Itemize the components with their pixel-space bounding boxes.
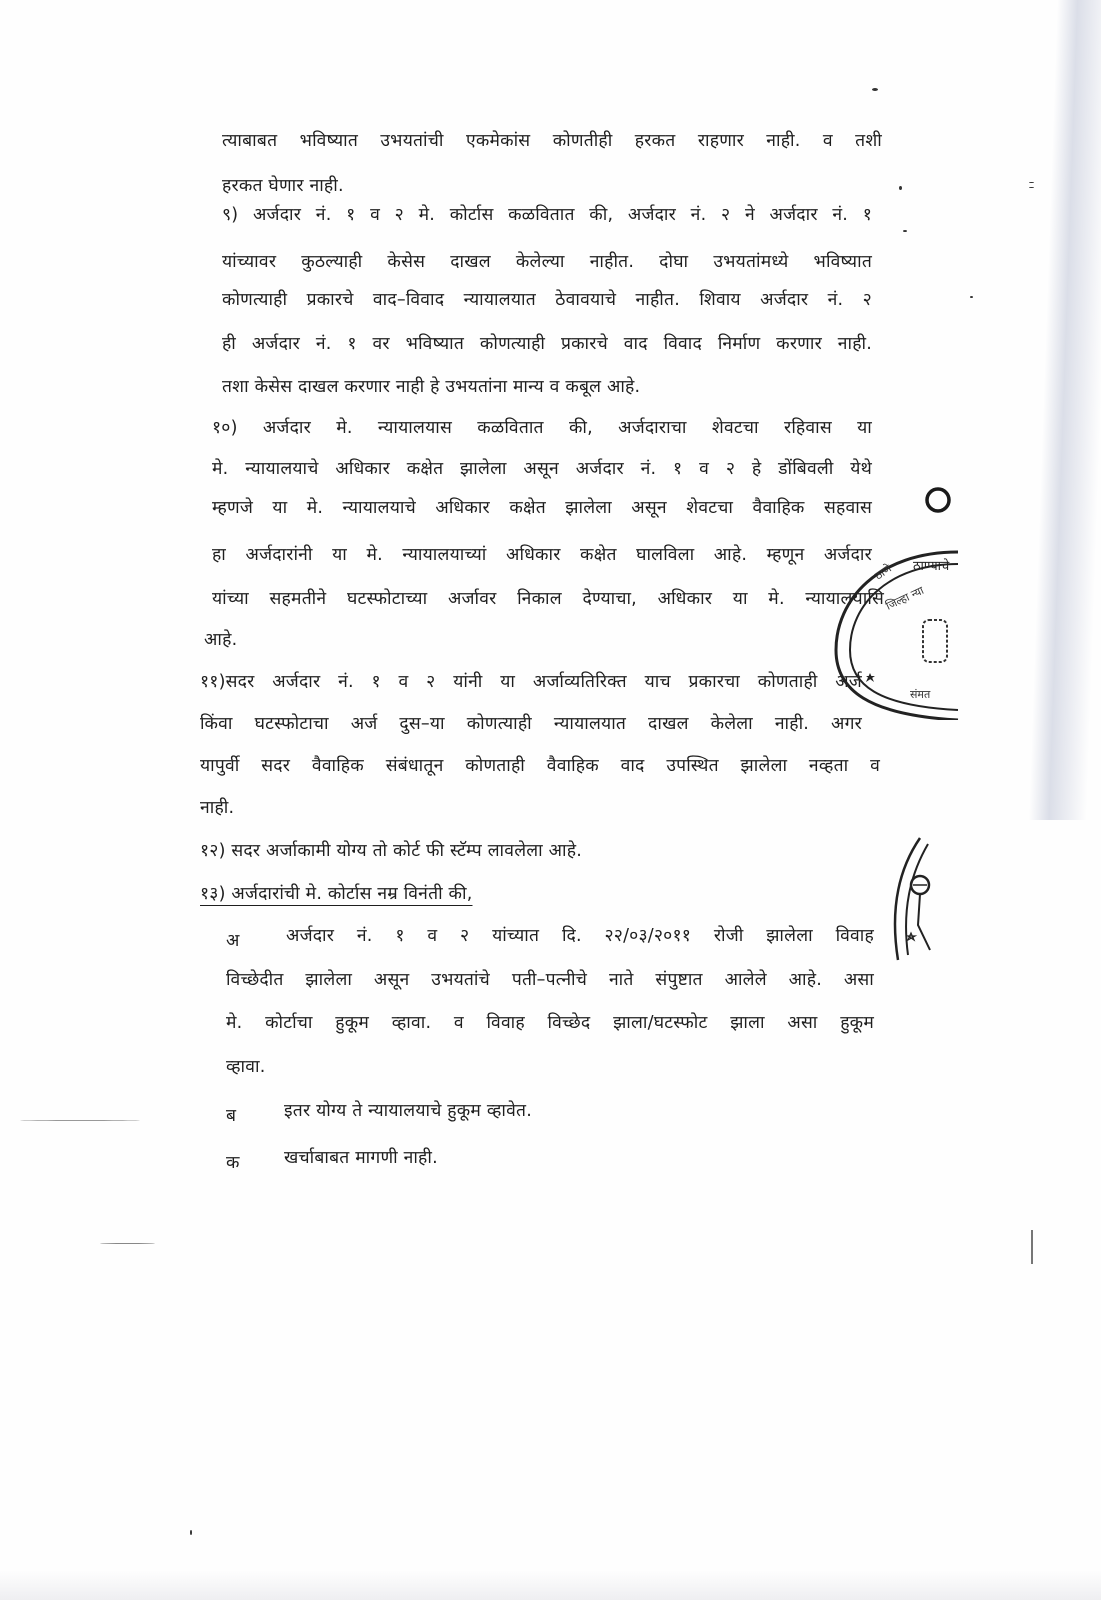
- prayer-heading: १३) अर्जदारांची मे. कोर्टास नम्र विनंती …: [200, 886, 473, 904]
- document-line: यांच्यावर कुठल्याही केसेस दाखल केलेल्या …: [222, 254, 872, 272]
- document-line: आहे.: [204, 632, 237, 650]
- document-line: म्हणजे या मे. न्यायालयाचे अधिकार कक्षेत …: [212, 500, 872, 518]
- page-edge-shadow: [1029, 0, 1101, 820]
- prayer-line: खर्चाबाबत मागणी नाही.: [284, 1150, 438, 1168]
- document-line: ही अर्जदार नं. १ वर भविष्यात कोणत्याही प…: [222, 336, 872, 354]
- scan-bottom-edge: [0, 1570, 1101, 1600]
- document-line: यापुर्वी सदर वैवाहिक संबंधातून कोणताही व…: [200, 758, 880, 776]
- prayer-line: मे. कोर्टाचा हुकूम व्हावा. व विवाह विच्छ…: [226, 1015, 874, 1033]
- document-line: यांच्या सहमतीने घटस्फोटाच्या अर्जावर निक…: [212, 591, 884, 609]
- document-line: नाही.: [200, 800, 234, 818]
- prayer-line: इतर योग्य ते न्यायालयाचे हुकूम व्हावेत.: [284, 1103, 532, 1121]
- margin-ring-icon: [920, 482, 956, 518]
- svg-text:संमत: संमत: [910, 688, 931, 701]
- document-line: ९) अर्जदार नं. १ व २ मे. कोर्टास कळवितात…: [222, 207, 872, 225]
- document-line: मे. न्यायालयाचे अधिकार कक्षेत झालेला असू…: [212, 461, 872, 479]
- prayer-marker: अ: [226, 928, 239, 952]
- prayer-marker: ब: [226, 1103, 236, 1127]
- document-line: १२) सदर अर्जाकामी योग्य तो कोर्ट फी स्टॅ…: [200, 843, 582, 861]
- document-line: कोणत्याही प्रकारचे वाद–विवाद न्यायालयात …: [222, 292, 872, 310]
- svg-text:ठाण्याचे: ठाण्याचे: [913, 558, 950, 574]
- document-line: त्याबाबत भविष्यात उभयतांची एकमेकांस कोणत…: [222, 133, 882, 151]
- prayer-line: व्हावा.: [226, 1059, 266, 1077]
- prayer-marker: क: [226, 1150, 239, 1174]
- court-seal-stamp-icon: ठाणे ठाण्याचे जिल्हा न्या संमत: [818, 540, 968, 720]
- prayer-line: विच्छेदीत झालेला असून उभयतांचे पती–पत्नी…: [226, 972, 874, 990]
- document-line: ११)सदर अर्जदार नं. १ व २ यांनी या अर्जाव…: [200, 674, 862, 692]
- document-page: त्याबाबत भविष्यात उभयतांची एकमेकांस कोणत…: [0, 0, 1101, 1600]
- prayer-line: अर्जदार नं. १ व २ यांच्यात दि. २२/०३/२०१…: [286, 928, 874, 946]
- document-line: १०) अर्जदार मे. न्यायालयास कळवितात की, अ…: [212, 420, 872, 438]
- document-line: किंवा घटस्फोटाचा अर्ज दुस–या कोणत्याही न…: [200, 716, 862, 734]
- document-line: हरकत घेणार नाही.: [222, 178, 344, 196]
- document-line: हा अर्जदारांनी या मे. न्यायालयाच्यां अधि…: [212, 547, 872, 565]
- partial-seal-stamp-icon: [880, 830, 950, 980]
- document-line: तशा केसेस दाखल करणार नाही हे उभयतांना मा…: [222, 379, 640, 397]
- svg-text:जिल्हा न्या: जिल्हा न्या: [884, 584, 926, 613]
